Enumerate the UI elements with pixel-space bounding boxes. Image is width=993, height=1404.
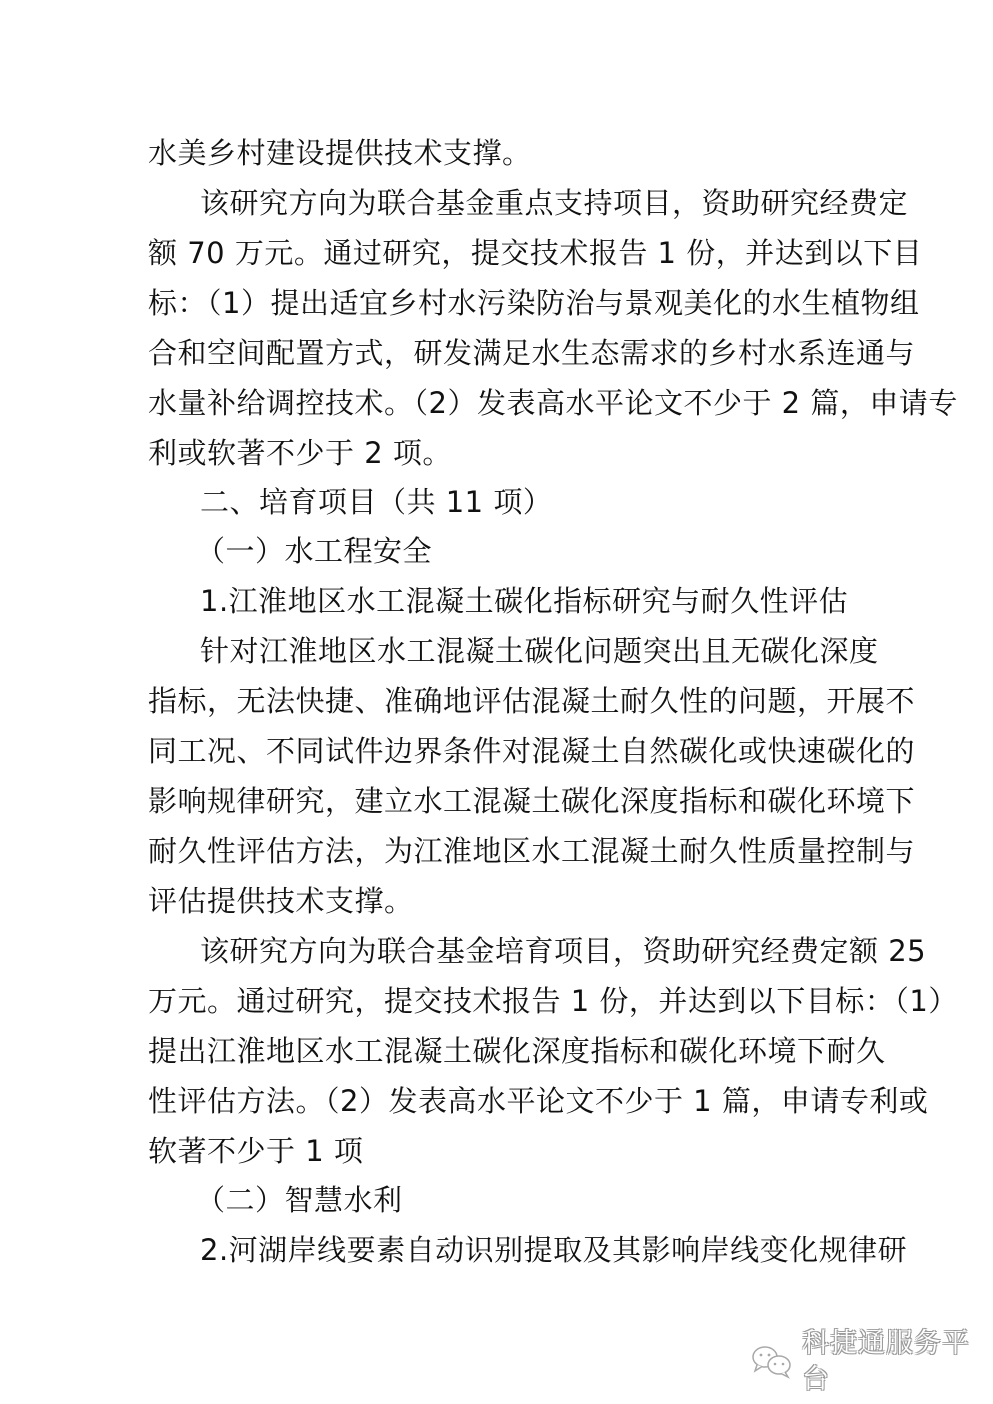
text-line: 额 70 万元。通过研究，提交技术报告 1 份，并达到以下目 [148,233,848,273]
watermark: 科捷通服务平台 [750,1340,993,1384]
text-line: 软著不少于 1 项 [148,1131,848,1171]
watermark-text: 科捷通服务平台 [802,1326,993,1398]
subsection-heading: （一）水工程安全 [196,531,896,571]
text-line: 影响规律研究，建立水工混凝土碳化深度指标和碳化环境下 [148,781,848,821]
text-line: 耐久性评估方法，为江淮地区水工混凝土耐久性质量控制与 [148,831,848,871]
text-line: 评估提供技术支撑。 [148,881,848,921]
text-line: 标：（1）提出适宜乡村水污染防治与景观美化的水生植物组 [148,283,848,323]
wechat-icon [750,1344,794,1380]
paragraph-start-line: 该研究方向为联合基金重点支持项目，资助研究经费定 [200,183,848,223]
text-line: 利或软著不少于 2 项。 [148,433,848,473]
text-line: 合和空间配置方式，研发满足水生态需求的乡村水系连通与 [148,333,848,373]
item-title: 2.河湖岸线要素自动识别提取及其影响岸线变化规律研 [200,1230,900,1270]
text-line: 性评估方法。（2）发表高水平论文不少于 1 篇，申请专利或 [148,1081,848,1121]
text-line: 指标，无法快捷、准确地评估混凝土耐久性的问题，开展不 [148,681,848,721]
text-line: 水量补给调控技术。（2）发表高水平论文不少于 2 篇，申请专 [148,383,848,423]
text-line: 水美乡村建设提供技术支撑。 [148,133,848,173]
paragraph-start-line: 针对江淮地区水工混凝土碳化问题突出且无碳化深度 [200,631,848,671]
text-line: 提出江淮地区水工混凝土碳化深度指标和碳化环境下耐久 [148,1031,848,1071]
subsection-heading: （二）智慧水利 [196,1180,896,1220]
section-heading: 二、培育项目（共 11 项） [200,482,848,522]
item-title: 1.江淮地区水工混凝土碳化指标研究与耐久性评估 [200,581,900,621]
document-page: 水美乡村建设提供技术支撑。 该研究方向为联合基金重点支持项目，资助研究经费定 额… [0,0,993,1404]
paragraph-start-line: 该研究方向为联合基金培育项目，资助研究经费定额 25 [200,931,848,971]
text-line: 同工况、不同试件边界条件对混凝土自然碳化或快速碳化的 [148,731,848,771]
text-line: 万元。通过研究，提交技术报告 1 份，并达到以下目标：（1） [148,981,848,1021]
